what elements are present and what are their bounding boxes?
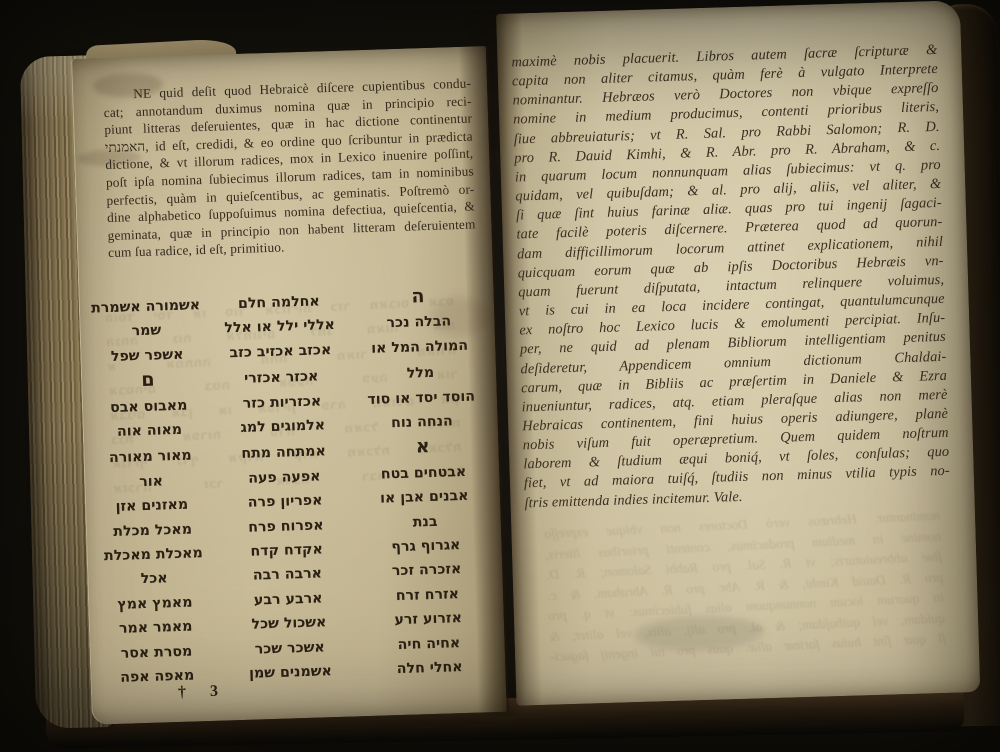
hebrew-section-letter: ה — [352, 282, 484, 311]
right-page: nominantur. Hebræos verò Doctores non vb… — [496, 0, 980, 705]
hebrew-entry: מאבוס אבס — [89, 393, 209, 421]
hebrew-entry: מאכלת מאכלת — [93, 541, 213, 569]
hebrew-entry: מאכל מכלת — [93, 517, 213, 545]
text-line: in quarum locum nonnunquam alias ſubieci… — [548, 588, 945, 627]
ink-stain — [634, 614, 765, 652]
hebrew-entry: אכל — [94, 565, 214, 593]
signature-mark: † 3 — [178, 682, 229, 702]
hebrew-entry: אכזב אכזיב כזב — [206, 337, 354, 366]
hebrew-entry: המולה המל או — [354, 333, 486, 362]
hebrew-entry: אחלי חלה — [364, 654, 496, 683]
text-line: ſiue abbreuiaturis; vt R. Sal. pro Rabbi… — [546, 547, 943, 586]
hebrew-entry: אלמוגים למג — [209, 412, 357, 441]
latin-italic-paragraph: maximè nobis placuerit. Libros autem ſac… — [511, 41, 950, 513]
hebrew-entry: מאזנים אזן — [92, 492, 212, 520]
hebrew-entry: אשמנים שמן — [217, 658, 365, 687]
text-line: quidam, vel quibuſdam; & al. pro alij, a… — [549, 608, 946, 647]
hebrew-entry: מאמץ אמץ — [95, 590, 215, 618]
hebrew-entry: מסרת אסר — [96, 639, 216, 667]
text-line: nomine in medium producimus, contenti pr… — [545, 526, 942, 565]
hebrew-entry: אשפר שפל — [87, 342, 207, 370]
hebrew-section-letter: א — [357, 433, 489, 462]
text-line: pro R. Dauid Kimhi, & R. Abr. pro R. Abr… — [547, 567, 944, 606]
hebrew-entry: מאור מאורה — [90, 443, 210, 471]
latin-paragraph: NE quid deſit quod Hebraicè diſcere cupi… — [103, 75, 476, 262]
hebrew-entry: מאוה אוה — [89, 417, 209, 445]
text-line: nominantur. Hebræos verò Doctores non vb… — [544, 506, 941, 545]
hebrew-entry: שמר — [86, 317, 206, 345]
hebrew-section-letter: ם — [88, 366, 208, 394]
book-photo: הוסד יסד או סוד אכזריות כזר מאבוס אבסהנח… — [0, 0, 1000, 752]
hebrew-word-table: האחלמה חלםאשמורה אשמרתהבלה נכראללי ילל א… — [85, 282, 495, 691]
hebrew-entry: מאמר אמר — [96, 614, 216, 642]
text-line: ſi quæ ſint huius farinæ aliæ. quas pro … — [550, 628, 947, 667]
hebrew-entry: אור — [91, 468, 211, 496]
show-through-text: nominantur. Hebræos verò Doctores non vb… — [544, 506, 946, 668]
left-page: הוסד יסד או סוד אכזריות כזר מאבוס אבסהנח… — [71, 46, 507, 725]
hebrew-entry: אשמורה אשמרת — [86, 293, 206, 321]
